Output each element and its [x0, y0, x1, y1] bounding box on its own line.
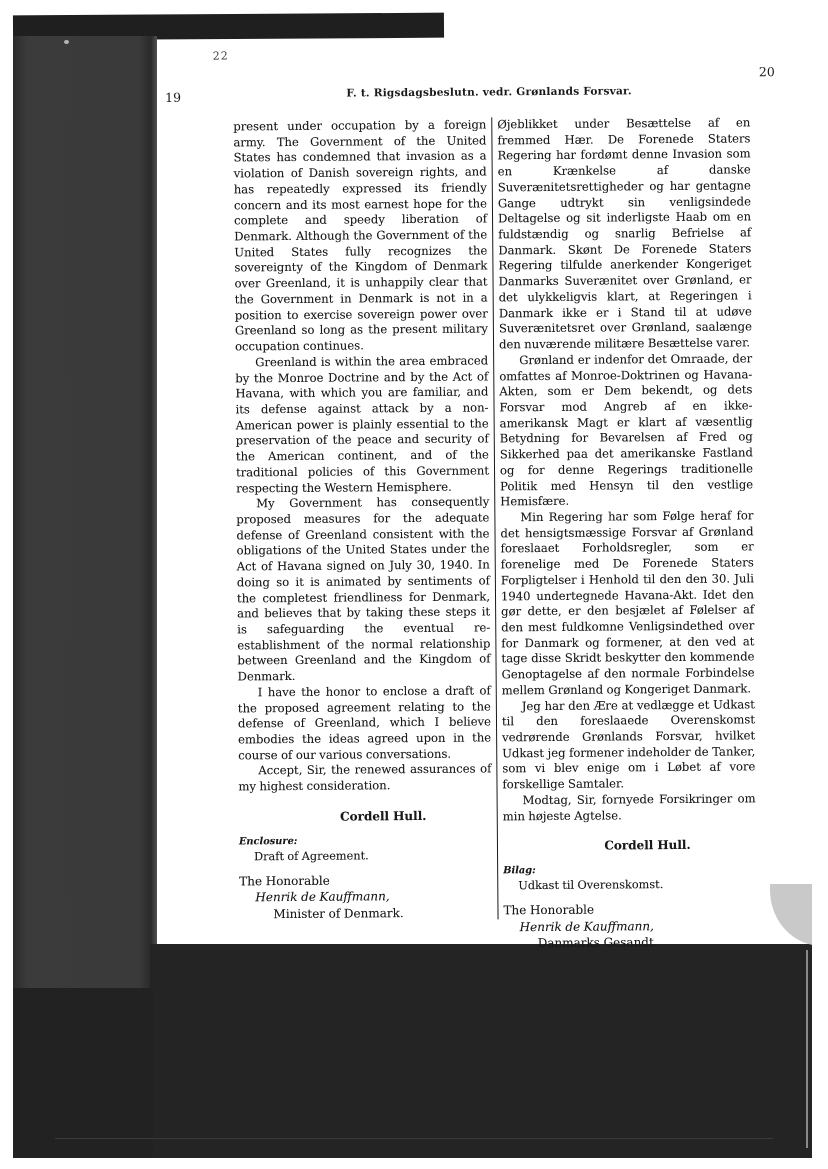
paragraph: Min Regering har som Følge heraf for det… [500, 508, 754, 699]
paragraph: present under occupation by a foreign ar… [233, 117, 488, 355]
addressee-block: The Honorable Henrik de Kauffmann, Minis… [239, 871, 492, 922]
addressee-title: Danmarks Gesandt. [538, 933, 757, 951]
document-page: 22 19 F. t. Rigsdagsbeslutn. vedr. Grønl… [0, 0, 828, 1169]
addressee-block: The Honorable Henrik de Kauffmann, Danma… [503, 900, 756, 951]
enclosure-label: Enclosure: [239, 833, 492, 848]
addressee-name: Henrik de Kauffmann, [255, 888, 492, 906]
enclosure-item: Draft of Agreement. [254, 848, 492, 864]
paragraph: My Government has consequently proposed … [236, 495, 490, 686]
addressee-line: The Honorable [503, 900, 756, 918]
english-column: present under occupation by a foreign ar… [233, 117, 493, 954]
addressee-line: The Honorable [239, 871, 492, 889]
addressee-name: Henrik de Kauffmann, [520, 917, 757, 935]
addressee-title: Minister of Denmark. [273, 904, 492, 922]
signature: Cordell Hull. [275, 808, 492, 825]
running-header: F. t. Rigsdagsbeslutn. vedr. Grønlands F… [294, 85, 684, 100]
paragraph: Greenland is within the area embraced by… [235, 353, 489, 496]
corner-page-number: 22 [213, 49, 229, 62]
enclosure-label: Bilag: [503, 862, 756, 877]
paragraph: Modtag, Sir, fornyede Forsikringer om mi… [503, 791, 756, 824]
scanned-document-page: { "page": { "corner_number": "22", "left… [0, 0, 828, 1169]
paragraph: Jeg har den Ære at vedlægge et Udkast ti… [502, 697, 756, 793]
paragraph: Grønland er indenfor det Omraade, der om… [499, 351, 753, 510]
paragraph: I have the honor to enclose a draft of t… [238, 683, 492, 764]
danish-column: Øjeblikket under Besættelse af en fremme… [497, 115, 757, 952]
left-column-number: 19 [165, 90, 181, 105]
enclosure-item: Udkast til Overenskomst. [518, 877, 756, 893]
right-column-number: 20 [759, 64, 775, 79]
paragraph: Øjeblikket under Besættelse af en fremme… [497, 115, 752, 353]
paragraph: Accept, Sir, the renewed assurances of m… [238, 762, 491, 795]
two-column-text: present under occupation by a foreign ar… [233, 115, 758, 954]
signature: Cordell Hull. [539, 838, 756, 855]
